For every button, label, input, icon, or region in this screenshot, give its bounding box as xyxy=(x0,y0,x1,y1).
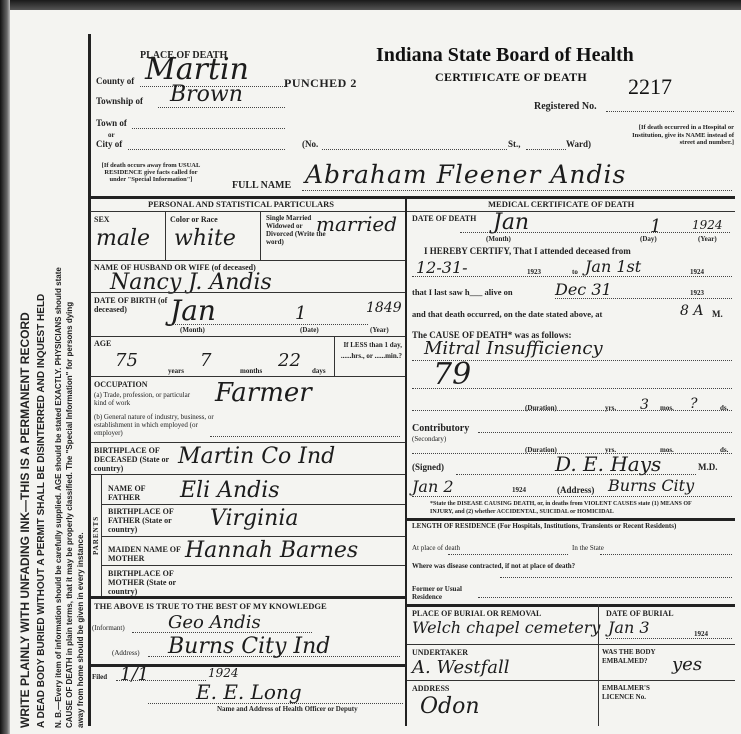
duration2-label: (Duration) xyxy=(525,446,557,454)
informant-value: Geo Andis xyxy=(168,612,261,633)
dob-label: DATE OF BIRTH (of deceased) xyxy=(94,296,174,314)
attended-from-year: 1923 xyxy=(527,268,541,276)
duration-months: 3 xyxy=(640,397,649,413)
undertaker-address-value: Odon xyxy=(420,694,480,719)
contributory-label: Contributory xyxy=(412,423,469,434)
cause-value: Mitral Insufficiency xyxy=(424,338,603,359)
occupation-label: OCCUPATION xyxy=(94,380,147,389)
less-than-day-label: If LESS than 1 day, ......hrs., or .....… xyxy=(338,340,402,362)
age-months: 7 xyxy=(200,350,211,371)
secondary-label: (Secondary) xyxy=(412,435,446,443)
contracted-label: Where was disease contracted, if not at … xyxy=(412,562,612,570)
dob-date-caption: (Date) xyxy=(300,326,319,334)
father-name-value: Eli Andis xyxy=(180,478,280,503)
burial-place-value: Welch chapel cemetery xyxy=(412,618,600,637)
last-saw-date: Dec 31 xyxy=(555,280,612,299)
filed-year: 1924 xyxy=(208,666,239,680)
filed-date: 1/1 xyxy=(120,664,149,685)
father-birthplace-label: BIRTHPLACE OF FATHER (State or country) xyxy=(108,507,188,534)
duration-ds-label: ds. xyxy=(720,404,728,412)
health-officer-label: Name and Address of Health Officer or De… xyxy=(217,705,358,713)
street-no-label: (No. xyxy=(302,139,318,149)
physician-signature: D. E. Hays xyxy=(555,452,661,476)
age-label: AGE xyxy=(94,339,111,348)
dob-year-caption: (Year) xyxy=(370,326,389,334)
death-time: 8 A xyxy=(680,303,703,319)
death-month-caption: (Month) xyxy=(486,235,511,243)
away-from-residence-note: [If death occurs away from USUAL RESIDEN… xyxy=(96,162,206,183)
health-officer-signature: E. E. Long xyxy=(196,680,302,704)
mother-name-value: Hannah Barnes xyxy=(185,538,358,563)
birthplace-value: Martin Co Ind xyxy=(178,444,335,469)
age-days: 22 xyxy=(278,350,301,371)
signed-address-label: (Address) xyxy=(557,485,594,495)
scan-left-edge xyxy=(0,0,10,734)
embalmed-value: yes xyxy=(672,654,702,675)
burial-date-label: DATE OF BURIAL xyxy=(606,609,674,618)
township-label: Township of xyxy=(96,96,143,106)
sex-label: SEX xyxy=(94,215,110,224)
occupation-value: Farmer xyxy=(215,378,312,408)
color-value: white xyxy=(174,226,236,251)
county-label: County of xyxy=(96,76,134,86)
punched-stamp: PUNCHED 2 xyxy=(284,76,357,91)
attended-from: 12-31- xyxy=(416,258,468,277)
father-name-label: NAME OF FATHER xyxy=(108,484,178,502)
age-years: 75 xyxy=(115,350,138,371)
months-caption: months xyxy=(240,367,262,375)
dob-month: Jan xyxy=(170,294,216,327)
city-label: City of xyxy=(96,139,122,149)
attended-to: Jan 1st xyxy=(585,257,641,276)
licence-label: EMBALMER'S LICENCE No. xyxy=(602,684,672,702)
full-name-label: FULL NAME xyxy=(232,180,291,191)
death-year-caption: (Year) xyxy=(698,235,717,243)
left-frame-border xyxy=(88,34,91,726)
duration-yrs-label: yrs. xyxy=(605,404,616,412)
duration-days: ? xyxy=(690,396,698,412)
undertaker-value: A. Westfall xyxy=(412,657,510,678)
former-residence-label: Former or Usual Residence xyxy=(412,585,482,601)
death-year: 1924 xyxy=(692,218,723,232)
or-label: or xyxy=(108,131,115,139)
ward-label: Ward) xyxy=(566,139,591,149)
death-time-m-label: M. xyxy=(712,309,723,319)
medical-header: MEDICAL CERTIFICATE OF DEATH xyxy=(488,199,634,209)
hospital-note: [If death occurred in a Hospital or Inst… xyxy=(620,124,734,147)
certificate-title: CERTIFICATE OF DEATH xyxy=(435,70,587,85)
registered-number-value: 2217 xyxy=(628,74,672,100)
scan-top-edge xyxy=(0,0,741,10)
residence-header: LENGTH OF RESIDENCE (For Hospitals, Inst… xyxy=(412,522,732,530)
registered-no-label: Registered No. xyxy=(534,101,597,112)
margin-line-4: CAUSE OF DEATH in plain terms, that it m… xyxy=(65,302,74,728)
certify-text: I HEREBY CERTIFY, That I attended deceas… xyxy=(424,246,631,256)
death-day-caption: (Day) xyxy=(640,235,657,243)
parents-label: PARENTS xyxy=(92,516,100,555)
margin-line-1: WRITE PLAINLY WITH UNFADING INK—THIS IS … xyxy=(18,312,32,728)
burial-place-label: PLACE OF BURIAL OR REMOVAL xyxy=(412,609,541,618)
cause-footnote: *State the DISEASE CAUSING DEATH, or, in… xyxy=(430,500,710,516)
informant-label: (Informant) xyxy=(92,624,125,632)
dob-month-caption: (Month) xyxy=(180,326,205,334)
street-label: St., xyxy=(508,139,521,149)
attended-to-year: 1924 xyxy=(690,268,704,276)
in-state-label: In the State xyxy=(572,545,612,552)
informant-address-value: Burns City Ind xyxy=(168,634,330,659)
town-label: Town of xyxy=(96,118,127,128)
death-day: 1 xyxy=(650,216,661,237)
cause-code: 79 xyxy=(433,357,471,392)
informant-address-label: (Address) xyxy=(112,649,140,657)
signed-date: Jan 2 xyxy=(412,477,454,496)
column-divider xyxy=(405,196,407,726)
issuer-title: Indiana State Board of Health xyxy=(376,44,634,67)
occupation-a-label: (a) Trade, profession, or particular kin… xyxy=(94,391,204,407)
date-of-death-label: DATE OF DEATH xyxy=(412,214,476,223)
signed-address-value: Burns City xyxy=(608,476,694,495)
duration2-ds-label: ds. xyxy=(720,446,728,454)
death-occurred-text: and that death occurred, on the date sta… xyxy=(412,309,602,319)
md-label: M.D. xyxy=(698,462,718,472)
burial-year: 1924 xyxy=(694,630,708,638)
filed-label: Filed xyxy=(92,673,107,681)
color-label: Color or Race xyxy=(170,215,218,224)
margin-instructions: WRITE PLAINLY WITH UNFADING INK—THIS IS … xyxy=(10,40,88,730)
at-place-label: At place of death xyxy=(412,545,462,552)
sex-value: male xyxy=(96,226,150,251)
duration-mos-label: mos. xyxy=(660,404,674,412)
embalmed-label: WAS THE BODY EMBALMED? xyxy=(602,648,682,666)
signed-year: 1924 xyxy=(512,486,526,494)
last-saw-text: that I last saw h___ alive on xyxy=(412,287,513,297)
mother-birthplace-label: BIRTHPLACE OF MOTHER (State or country) xyxy=(108,569,188,596)
margin-line-2: A DEAD BODY BURIED WITHOUT A PERMIT SHAL… xyxy=(36,294,47,728)
dob-year: 1849 xyxy=(366,300,402,316)
years-caption: years xyxy=(168,367,184,375)
last-saw-year: 1923 xyxy=(690,289,704,297)
birthplace-label: BIRTHPLACE OF DECEASED (State or country… xyxy=(94,446,174,473)
full-name-value: Abraham Fleener Andis xyxy=(305,160,626,189)
undertaker-label: UNDERTAKER xyxy=(412,648,468,657)
personal-header: PERSONAL AND STATISTICAL PARTICULARS xyxy=(148,199,334,209)
to-label: to xyxy=(572,268,578,276)
duration-label: (Duration) xyxy=(525,404,557,412)
signed-label: (Signed) xyxy=(412,462,444,472)
margin-line-5: away from home should be given in every … xyxy=(76,532,85,728)
township-value: Brown xyxy=(170,82,243,107)
days-caption: days xyxy=(312,367,326,375)
informant-header: THE ABOVE IS TRUE TO THE BEST OF MY KNOW… xyxy=(94,601,327,611)
marital-status-value: married xyxy=(316,212,397,236)
undertaker-address-label: ADDRESS xyxy=(412,684,449,693)
margin-line-3: N. B.—Every item of information should b… xyxy=(54,267,63,728)
occupation-b-label: (b) General nature of industry, business… xyxy=(94,413,214,437)
duration2-mos-label: mos. xyxy=(660,446,674,454)
burial-date-value: Jan 3 xyxy=(608,618,650,637)
father-birthplace-value: Virginia xyxy=(210,506,299,531)
dob-day: 1 xyxy=(295,303,306,324)
